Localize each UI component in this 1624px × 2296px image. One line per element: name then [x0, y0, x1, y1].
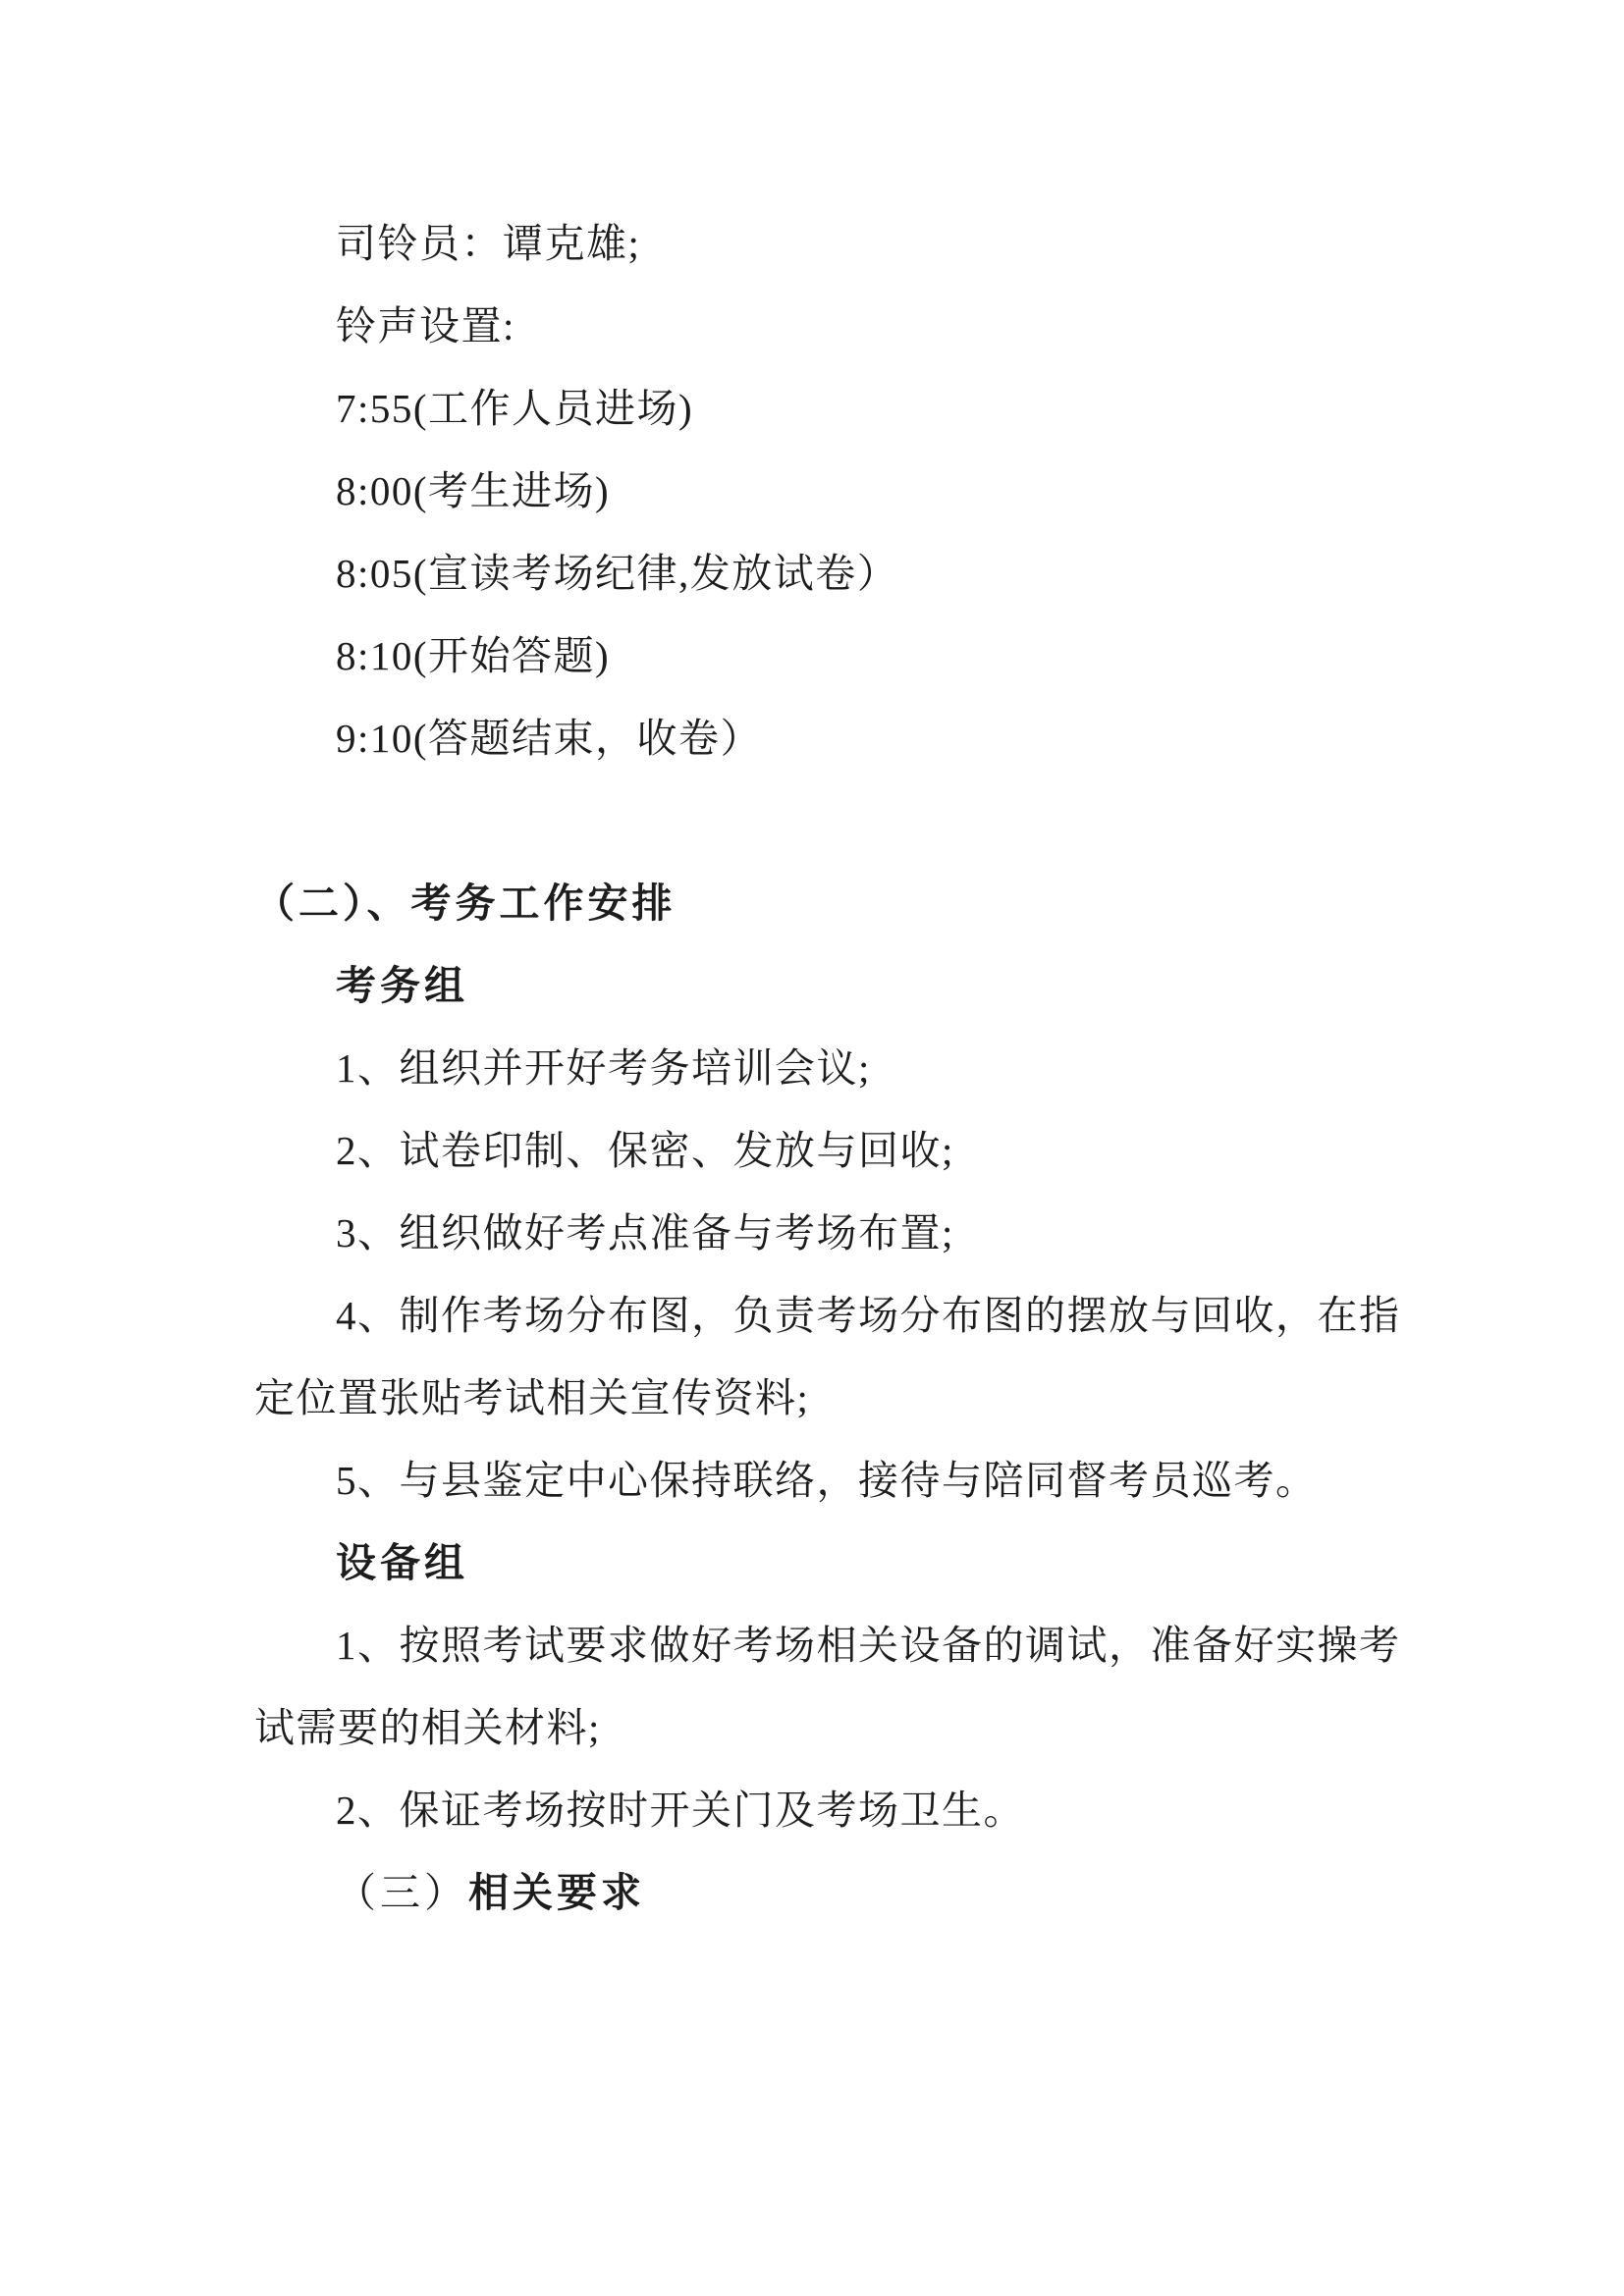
text-line: 1、组织并开好考务培训会议; [254, 1027, 1383, 1109]
text-line: 定位置张贴考试相关宣传资料; [254, 1357, 1383, 1439]
text-line: 9:10(答题结束，收卷） [254, 697, 1383, 779]
text-line: 2、保证考场按时开关门及考场卫生。 [254, 1769, 1383, 1851]
blank-line [254, 779, 1383, 862]
text-line: 5、与县鉴定中心保持联络，接待与陪同督考员巡考。 [254, 1439, 1383, 1522]
text-line: 3、组织做好考点准备与考场布置; [254, 1192, 1383, 1274]
heading-line: （三）相关要求 [254, 1851, 1383, 1934]
text-line: 试需要的相关材料; [254, 1686, 1383, 1769]
text-line: 1、按照考试要求做好考场相关设备的调试，准备好实操考 [254, 1604, 1383, 1686]
text-line: 4、制作考场分布图，负责考场分布图的摆放与回收，在指 [254, 1274, 1383, 1357]
heading-line: 设备组 [254, 1522, 1383, 1604]
text-line: 8:00(考生进场) [254, 450, 1383, 532]
text-line: 8:10(开始答题) [254, 614, 1383, 697]
heading-number: （三） [336, 1870, 468, 1915]
heading-line: （二）、考务工作安排 [254, 862, 1383, 944]
document-page: { "page": { "background": "#ffffff", "te… [0, 0, 1624, 2296]
text-line: 2、试卷印制、保密、发放与回收; [254, 1109, 1383, 1192]
text-line: 铃声设置: [254, 285, 1383, 367]
text-line: 8:05(宣读考场纪律,发放试卷） [254, 532, 1383, 614]
heading-label: 相关要求 [468, 1870, 645, 1915]
text-line: 7:55(工作人员进场) [254, 367, 1383, 450]
heading-line: 考务组 [254, 944, 1383, 1027]
text-line: 司铃员：谭克雄; [254, 202, 1383, 285]
document-body: 司铃员：谭克雄;铃声设置:7:55(工作人员进场)8:00(考生进场)8:05(… [254, 202, 1383, 1934]
